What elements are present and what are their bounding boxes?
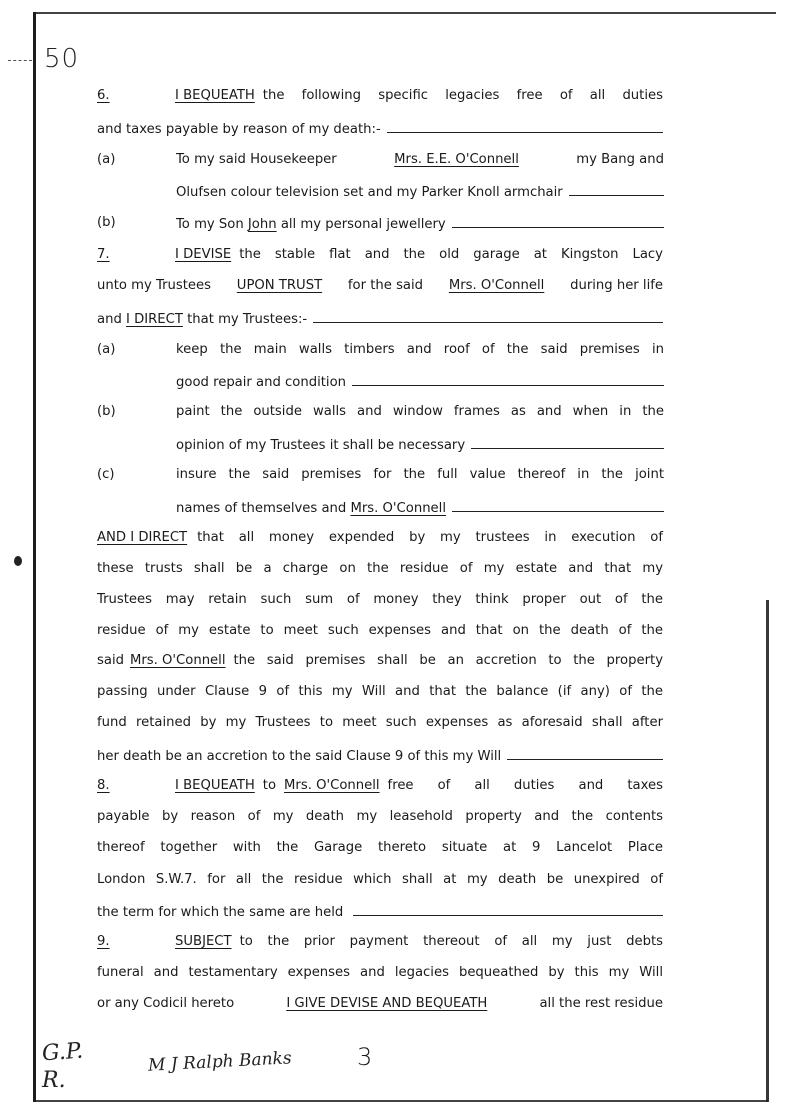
clause-7-direct-line-1: AND I DIRECT that all money expended by … — [97, 528, 663, 548]
clause-6a-line-1: To my said Housekeeper Mrs. E.E. O'Conne… — [176, 150, 664, 170]
clause-7-direct-line-6: passing under Clause 9 of this my Will a… — [97, 682, 663, 702]
clause-text: her death be an accretion to the said Cl… — [97, 747, 501, 767]
fill-line — [387, 118, 663, 133]
clause-heading: AND I DIRECT — [97, 528, 187, 548]
clause-text: the said premises shall be an accretion … — [234, 651, 664, 671]
clause-7-direct-line-2: these trusts shall be a charge on the re… — [97, 559, 663, 579]
clause-text: that my Trustees:- — [187, 310, 307, 330]
clause-8-line-2: payable by reason of my death my leaseho… — [97, 807, 663, 827]
item-label: (b) — [97, 402, 116, 422]
clause-heading: I BEQUEATH — [175, 776, 255, 796]
beneficiary-name: John — [248, 215, 277, 235]
beneficiary-name: Mrs. O'Connell — [351, 499, 447, 519]
signature-initials-2: R. — [42, 1068, 66, 1093]
clause-text: good repair and condition — [176, 373, 346, 393]
beneficiary-name: Mrs. E.E. O'Connell — [394, 150, 519, 170]
item-label: (c) — [97, 465, 115, 485]
clause-6-line-1: 6. I BEQUEATH the following specific leg… — [97, 86, 663, 106]
clause-text: unto my Trustees — [97, 276, 211, 296]
clause-7-direct-line-5: said Mrs. O'Connell the said premises sh… — [97, 651, 663, 671]
fill-line — [352, 371, 664, 386]
clause-heading: SUBJECT — [175, 932, 232, 952]
clause-heading: I DEVISE — [175, 245, 231, 265]
clause-7c-line-2: names of themselves and Mrs. O'Connell — [176, 497, 664, 517]
fill-line — [452, 213, 664, 228]
clause-text: during her life — [570, 276, 663, 296]
clause-heading: I GIVE DEVISE AND BEQUEATH — [286, 994, 487, 1014]
clause-number: 9. — [97, 932, 175, 952]
clause-7a-line-2: good repair and condition — [176, 371, 664, 391]
clause-7-direct-line-3: Trustees may retain such sum of money th… — [97, 590, 663, 610]
clause-text: opinion of my Trustees it shall be neces… — [176, 436, 465, 456]
clause-heading: UPON TRUST — [237, 276, 322, 296]
clause-text: names of themselves and — [176, 499, 346, 519]
clause-text: that all money expended by my trustees i… — [197, 528, 663, 548]
clause-8-line-5: the term for which the same are held — [97, 901, 663, 921]
clause-text: To my said Housekeeper — [176, 150, 337, 170]
clause-7-line-1: 7. I DEVISE the stable flat and the old … — [97, 245, 663, 265]
clause-7-direct-line-7: fund retained by my Trustees to meet suc… — [97, 713, 663, 733]
page-border-left — [33, 12, 36, 1102]
clause-9-line-1: 9. SUBJECT to the prior payment thereout… — [97, 932, 663, 952]
clause-7-line-2: unto my Trustees UPON TRUST for the said… — [97, 276, 663, 296]
clause-text: all the rest residue — [539, 994, 663, 1014]
clause-number: 7. — [97, 245, 175, 265]
clause-8-line-4: London S.W.7. for all the residue which … — [97, 870, 663, 890]
clause-7a-line-1: keep the main walls timbers and roof of … — [176, 340, 664, 360]
clause-7b-line-1: paint the outside walls and window frame… — [176, 402, 664, 422]
margin-tick — [8, 60, 32, 62]
clause-text: and — [97, 310, 122, 330]
fill-line — [569, 181, 664, 196]
clause-text: said — [97, 651, 124, 671]
fill-line — [471, 434, 664, 449]
clause-8-line-3: thereof together with the Garage thereto… — [97, 838, 663, 858]
page-border-top — [36, 12, 776, 14]
clause-text: or any Codicil hereto — [97, 994, 234, 1014]
page-border-right — [766, 600, 769, 1102]
ink-blot — [14, 556, 22, 566]
page-number: 3 — [357, 1043, 372, 1071]
clause-8-line-1: 8. I BEQUEATH to Mrs. O'Connell free of … — [97, 776, 663, 796]
beneficiary-name: Mrs. O'Connell — [130, 651, 226, 671]
signature-initials-1: G.P. — [41, 1039, 84, 1067]
clause-text: my Bang and — [576, 150, 664, 170]
clause-9-line-2: funeral and testamentary expenses and le… — [97, 963, 663, 983]
witness-signature: M J Ralph Banks — [148, 1048, 292, 1075]
clause-text: the stable flat and the old garage at Ki… — [239, 245, 663, 265]
item-label: (a) — [97, 150, 115, 170]
clause-7b-line-2: opinion of my Trustees it shall be neces… — [176, 434, 664, 454]
clause-text: and taxes payable by reason of my death:… — [97, 120, 381, 140]
clause-text: the following specific legacies free of … — [263, 86, 663, 106]
will-page: 50 6. I BEQUEATH the following specific … — [0, 0, 800, 1118]
clause-text: To my Son — [176, 215, 244, 235]
clause-7-line-3: and I DIRECT that my Trustees:- — [97, 308, 663, 328]
clause-6b-line: To my Son John all my personal jewellery — [176, 213, 664, 233]
clause-text: Olufsen colour television set and my Par… — [176, 183, 563, 203]
clause-9-line-3: or any Codicil hereto I GIVE DEVISE AND … — [97, 994, 663, 1014]
clause-7-direct-line-4: residue of my estate to meet such expens… — [97, 621, 663, 641]
clause-number: 6. — [97, 86, 175, 106]
clause-7-direct-line-8: her death be an accretion to the said Cl… — [97, 745, 663, 765]
clause-6a-line-2: Olufsen colour television set and my Par… — [176, 181, 664, 201]
fill-line — [313, 308, 663, 323]
clause-text: the term for which the same are held — [97, 903, 343, 923]
fill-line — [452, 497, 664, 512]
beneficiary-name: Mrs. O'Connell — [284, 776, 380, 796]
folio-number: 50 — [44, 44, 79, 74]
clause-6-line-2: and taxes payable by reason of my death:… — [97, 118, 663, 138]
clause-heading: I BEQUEATH — [175, 86, 255, 106]
clause-text: free of all duties and taxes — [388, 776, 663, 796]
item-label: (b) — [97, 213, 116, 233]
page-border-bottom — [36, 1100, 768, 1102]
clause-text: for the said — [348, 276, 423, 296]
clause-text: all my personal jewellery — [281, 215, 446, 235]
beneficiary-name: Mrs. O'Connell — [449, 276, 545, 296]
clause-text: to the prior payment thereout of all my … — [240, 932, 663, 952]
clause-text: to — [263, 776, 276, 796]
fill-line — [507, 745, 663, 760]
item-label: (a) — [97, 340, 115, 360]
clause-heading: I DIRECT — [126, 310, 183, 330]
clause-number: 8. — [97, 776, 175, 796]
clause-7c-line-1: insure the said premises for the full va… — [176, 465, 664, 485]
fill-line — [353, 901, 663, 916]
